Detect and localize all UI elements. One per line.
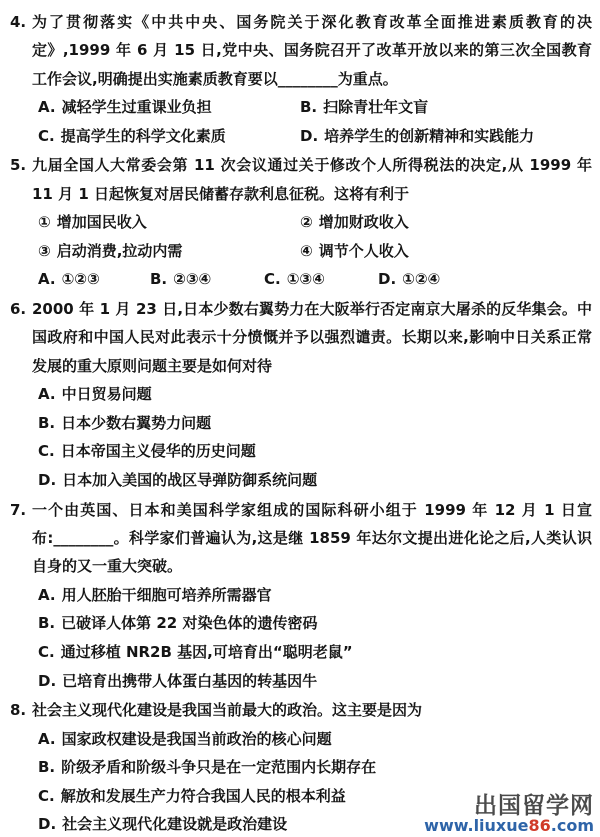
question-7: 7. 一个由英国、日本和美国科学家组成的国际科研小组于 1999 年 12 月 … — [10, 496, 592, 696]
option-text: 已培育出携带人体蛋白基因的转基因牛 — [62, 672, 317, 690]
subitem-text: 调节个人收入 — [319, 242, 409, 260]
question-6-stem-row: 6. 2000 年 1 月 23 日,日本少数右翼势力在大阪举行否定南京大屠杀的… — [10, 295, 592, 380]
option-text: 扫除青壮年文盲 — [323, 98, 428, 116]
question-6: 6. 2000 年 1 月 23 日,日本少数右翼势力在大阪举行否定南京大屠杀的… — [10, 295, 592, 495]
option-row: C.提高学生的科学文化素质 — [38, 122, 300, 151]
subitem-marker: ④ — [300, 242, 313, 260]
option-label: D. — [378, 270, 396, 288]
question-5: 5. 九届全国人大常委会第 11 次会议通过关于修改个人所得税法的决定,从 19… — [10, 151, 592, 294]
question-stem: 一个由英国、日本和美国科学家组成的国际科研小组于 1999 年 12 月 1 日… — [32, 496, 592, 581]
question-5-answers: A.①②③ B.②③④ C.①③④ D.①②④ — [38, 265, 592, 294]
option-text: 日本帝国主义侵华的历史问题 — [61, 442, 256, 460]
subitem-text: 增加财政收入 — [319, 213, 409, 231]
question-stem: 九届全国人大常委会第 11 次会议通过关于修改个人所得税法的决定,从 1999 … — [32, 151, 592, 208]
option-row: B.日本少数右翼势力问题 — [38, 409, 592, 438]
subitem-row: ②增加财政收入 — [300, 208, 592, 237]
option-label: D. — [38, 672, 56, 690]
question-stem: 2000 年 1 月 23 日,日本少数右翼势力在大阪举行否定南京大屠杀的反华集… — [32, 295, 592, 380]
option-text: 中日贸易问题 — [62, 385, 152, 403]
option-row: D.已培育出携带人体蛋白基因的转基因牛 — [38, 667, 592, 696]
question-number: 5. — [10, 151, 32, 208]
question-8-stem-row: 8. 社会主义现代化建设是我国当前最大的政治。这主要是因为 — [10, 696, 592, 724]
option-text: ①③④ — [287, 270, 325, 288]
question-7-stem-row: 7. 一个由英国、日本和美国科学家组成的国际科研小组于 1999 年 12 月 … — [10, 496, 592, 581]
option-text: ①②④ — [402, 270, 440, 288]
option-label: B. — [38, 614, 55, 632]
watermark-url-tld: .com — [551, 816, 594, 835]
option-row: D.日本加入美国的战区导弹防御系统问题 — [38, 466, 592, 495]
question-number: 7. — [10, 496, 32, 581]
exam-page: 4. 为了贯彻落实《中共中央、国务院关于深化教育改革全面推进素质教育的决定》,1… — [0, 0, 600, 837]
option-text: 国家政权建设是我国当前政治的核心问题 — [62, 730, 332, 748]
option-text: ①②③ — [62, 270, 100, 288]
option-row: B.已破译人体第 22 对染色体的遗传密码 — [38, 609, 592, 638]
option-text: 日本加入美国的战区导弹防御系统问题 — [62, 471, 317, 489]
option-row: A.中日贸易问题 — [38, 380, 592, 409]
watermark: 出国留学网 www.liuxue86.com — [420, 794, 594, 835]
option-row: D.培养学生的创新精神和实践能力 — [300, 122, 592, 151]
subitem-row: ①增加国民收入 — [38, 208, 300, 237]
option-label: A. — [38, 730, 56, 748]
option-text: 通过移植 NR2B 基因,可培育出“聪明老鼠” — [61, 643, 353, 661]
option-row: C.①③④ — [264, 265, 378, 294]
option-text: 日本少数右翼势力问题 — [61, 414, 211, 432]
option-text: ②③④ — [173, 270, 211, 288]
option-text: 阶级矛盾和阶级斗争只是在一定范围内长期存在 — [61, 758, 376, 776]
option-label: A. — [38, 98, 56, 116]
option-label: D. — [38, 815, 56, 833]
subitem-marker: ① — [38, 213, 51, 231]
option-text: 减轻学生过重课业负担 — [62, 98, 212, 116]
question-number: 6. — [10, 295, 32, 380]
option-label: C. — [38, 643, 55, 661]
subitem-row: ④调节个人收入 — [300, 237, 592, 266]
option-row: C.日本帝国主义侵华的历史问题 — [38, 437, 592, 466]
option-text: 已破译人体第 22 对染色体的遗传密码 — [61, 614, 317, 632]
question-stem: 为了贯彻落实《中共中央、国务院关于深化教育改革全面推进素质教育的决定》,1999… — [32, 8, 592, 93]
option-label: B. — [150, 270, 167, 288]
watermark-url-www: www.liuxue — [424, 816, 528, 835]
option-row: A.减轻学生过重课业负担 — [38, 93, 300, 122]
subitem-text: 启动消费,拉动内需 — [57, 242, 183, 260]
question-4-options: A.减轻学生过重课业负担 B.扫除青壮年文盲 C.提高学生的科学文化素质 D.培… — [38, 93, 592, 150]
option-text: 解放和发展生产力符合我国人民的根本利益 — [61, 787, 346, 805]
option-row: C.通过移植 NR2B 基因,可培育出“聪明老鼠” — [38, 638, 592, 667]
option-text: 社会主义现代化建设就是政治建设 — [62, 815, 287, 833]
question-number: 4. — [10, 8, 32, 93]
watermark-url-number: 86 — [529, 816, 551, 835]
option-label: A. — [38, 385, 56, 403]
option-label: D. — [300, 127, 318, 145]
option-row: A.用人胚胎干细胞可培养所需器官 — [38, 581, 592, 610]
option-label: C. — [38, 442, 55, 460]
subitem-marker: ③ — [38, 242, 51, 260]
option-row: B.扫除青壮年文盲 — [300, 93, 592, 122]
option-label: C. — [38, 787, 55, 805]
subitem-row: ③启动消费,拉动内需 — [38, 237, 300, 266]
option-row: A.①②③ — [38, 265, 150, 294]
subitem-text: 增加国民收入 — [57, 213, 147, 231]
option-row: B.阶级矛盾和阶级斗争只是在一定范围内长期存在 — [38, 753, 592, 782]
option-label: C. — [264, 270, 281, 288]
option-text: 用人胚胎干细胞可培养所需器官 — [62, 586, 272, 604]
option-label: D. — [38, 471, 56, 489]
watermark-url: www.liuxue86.com — [424, 818, 594, 835]
option-text: 培养学生的创新精神和实践能力 — [324, 127, 534, 145]
option-label: B. — [38, 758, 55, 776]
question-number: 8. — [10, 696, 32, 724]
question-7-options: A.用人胚胎干细胞可培养所需器官 B.已破译人体第 22 对染色体的遗传密码 C… — [38, 581, 592, 695]
option-row: D.①②④ — [378, 265, 592, 294]
watermark-site-name: 出国留学网 — [424, 794, 594, 818]
option-label: B. — [38, 414, 55, 432]
option-row: A.国家政权建设是我国当前政治的核心问题 — [38, 725, 592, 754]
question-5-subitems: ①增加国民收入 ②增加财政收入 ③启动消费,拉动内需 ④调节个人收入 — [38, 208, 592, 265]
question-6-options: A.中日贸易问题 B.日本少数右翼势力问题 C.日本帝国主义侵华的历史问题 D.… — [38, 380, 592, 494]
question-stem: 社会主义现代化建设是我国当前最大的政治。这主要是因为 — [32, 696, 592, 724]
option-label: B. — [300, 98, 317, 116]
option-label: A. — [38, 270, 56, 288]
question-4: 4. 为了贯彻落实《中共中央、国务院关于深化教育改革全面推进素质教育的决定》,1… — [10, 8, 592, 150]
subitem-marker: ② — [300, 213, 313, 231]
option-row: B.②③④ — [150, 265, 264, 294]
question-4-stem-row: 4. 为了贯彻落实《中共中央、国务院关于深化教育改革全面推进素质教育的决定》,1… — [10, 8, 592, 93]
question-5-stem-row: 5. 九届全国人大常委会第 11 次会议通过关于修改个人所得税法的决定,从 19… — [10, 151, 592, 208]
option-label: A. — [38, 586, 56, 604]
option-label: C. — [38, 127, 55, 145]
option-text: 提高学生的科学文化素质 — [61, 127, 226, 145]
